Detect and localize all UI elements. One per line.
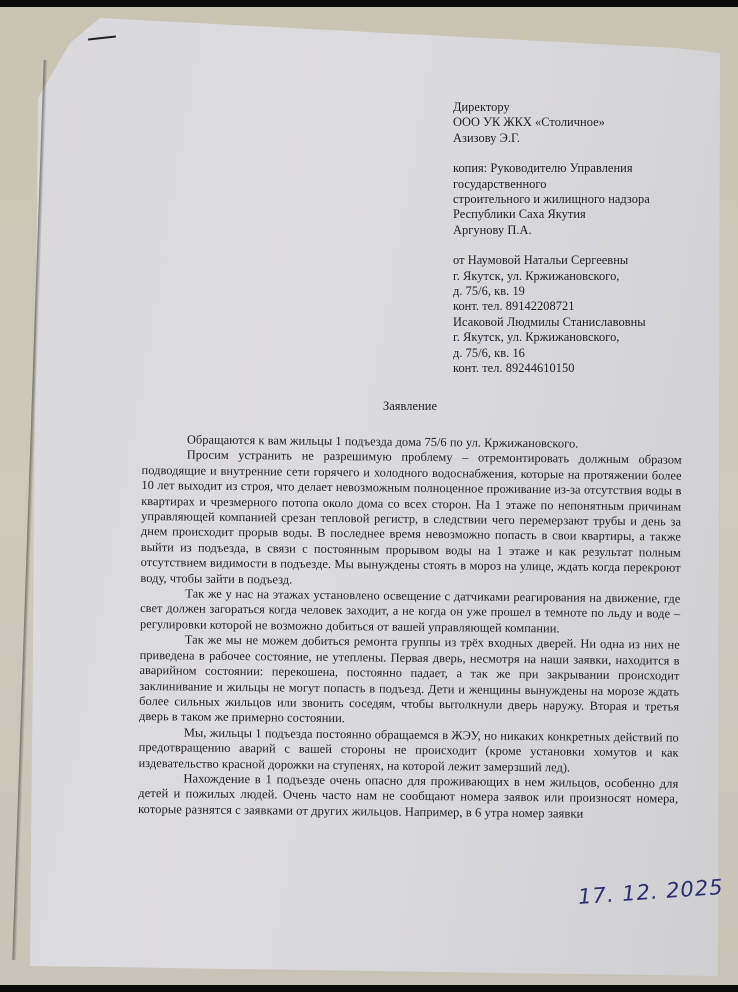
copy-line: строительного и жилищного надзора [453, 192, 703, 207]
addressee-line: Директору [453, 100, 703, 115]
paragraph: Мы, жильцы 1 подъезда постоянно обращаем… [138, 725, 678, 777]
addressee-line: ООО УК ЖКХ «Столичное» [453, 115, 703, 130]
photo-top-border [0, 0, 738, 7]
sender-line: конт. тел. 89142208721 [453, 299, 703, 314]
sender-line: от Наумовой Натальи Сергеевны [453, 253, 703, 268]
sender-line: конт. тел. 89244610150 [453, 361, 703, 376]
addressee-line: Азизову Э.Г. [453, 131, 703, 146]
photo-bottom-border [0, 985, 738, 992]
sender-line: г. Якутск, ул. Кржижановского, [453, 269, 703, 284]
document-body: Обращаются к вам жильцы 1 подъезда дома … [138, 432, 682, 823]
paragraph: Просим устранить не разрешимую проблему … [140, 447, 681, 591]
copy-line: Республики Саха Якутия [453, 207, 703, 222]
sender-line: д. 75/6, кв. 16 [453, 346, 703, 361]
addressee-block: Директору ООО УК ЖКХ «Столичное» Азизову… [453, 100, 703, 377]
sender-line: д. 75/6, кв. 19 [453, 284, 703, 299]
sender-line: г. Якутск, ул. Кржижановского, [453, 330, 703, 345]
sender-line: Исаковой Людмилы Станиславовны [453, 315, 703, 330]
paragraph: Так же у нас на этажах установлено освещ… [140, 586, 680, 638]
paragraph: Так же мы не можем добиться ремонта груп… [139, 632, 680, 730]
copy-line: Аргунову П.А. [453, 223, 703, 238]
document-title: Заявление [130, 399, 690, 414]
copy-line: государственного [453, 177, 703, 192]
copy-line: копия: Руководителю Управления [453, 161, 703, 176]
paragraph: Нахождение в 1 подъезде очень опасно для… [138, 771, 678, 823]
